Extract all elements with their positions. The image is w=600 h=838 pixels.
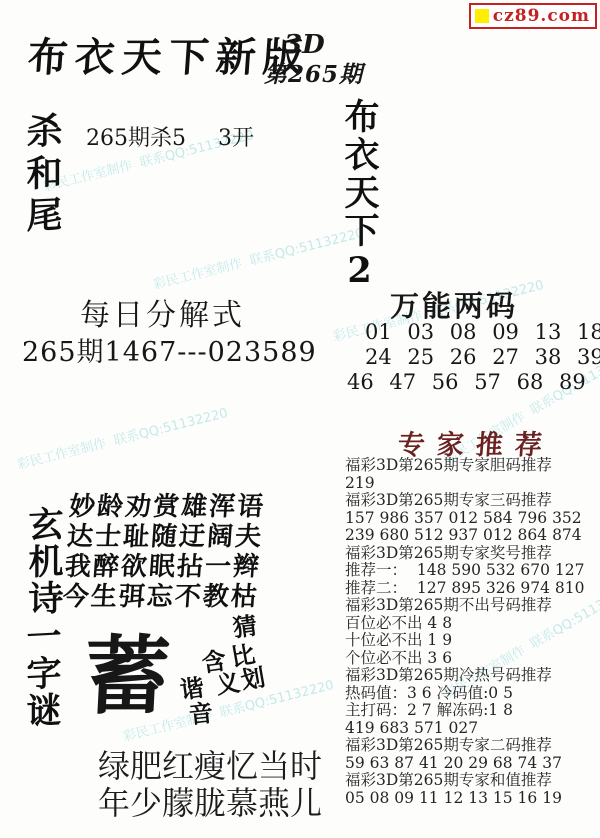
bottom-couplet: 绿肥红瘦忆当时 年少朦胧慕燕儿 xyxy=(98,748,322,822)
two-codes-row: 46 47 56 57 68 89 xyxy=(345,370,600,395)
expert-line: 05 08 09 11 12 13 15 16 19 xyxy=(345,790,600,808)
expert-recommendation-list: 福彩3D第265期专家胆码推荐 219 福彩3D第265期专家三码推荐 157 … xyxy=(345,457,600,807)
poem-line: 达士耻随迂阔夫 xyxy=(66,522,268,552)
riddle-hint: 音 xyxy=(188,701,214,727)
kill-open-row: 265期杀53开 xyxy=(58,96,254,177)
brand-vertical-title: 布衣天下2 xyxy=(342,98,377,294)
poem-line: 我醉欲眠拈一辫 xyxy=(64,552,266,582)
riddle-hint: 猜 xyxy=(231,613,258,640)
expert-line: 福彩3D第265期专家和值推荐 xyxy=(345,772,600,790)
expert-line: 福彩3D第265期冷热号码推荐 xyxy=(345,667,600,685)
expert-line: 219 xyxy=(345,475,600,493)
expert-line: 主打码：2 7 解冻码:1 8 xyxy=(345,702,600,720)
expert-line: 福彩3D第265期不出号码推荐 xyxy=(345,597,600,615)
expert-line: 福彩3D第265期专家三码推荐 xyxy=(345,492,600,510)
expert-line: 推荐二： 127 895 326 974 810 xyxy=(345,580,600,598)
couplet-line: 年少朦胧慕燕儿 xyxy=(98,785,322,822)
expert-line: 福彩3D第265期专家二码推荐 xyxy=(345,737,600,755)
expert-line: 热码值：3 6 冷码值:0 5 xyxy=(345,685,600,703)
yellow-square-icon xyxy=(475,9,489,23)
site-badge-link[interactable]: cz89.com xyxy=(469,3,597,29)
expert-line: 百位必不出 4 8 xyxy=(345,615,600,633)
expert-line: 福彩3D第265期专家奖号推荐 xyxy=(345,545,600,563)
mystery-poem-label: 玄机诗 xyxy=(26,505,61,618)
site-badge-label: cz89.com xyxy=(493,6,590,26)
daily-formula-value: 265期1467---023589 xyxy=(22,330,317,369)
expert-line: 239 680 512 937 012 864 874 xyxy=(345,527,600,545)
two-codes-row: 01 03 08 09 13 18 19? xyxy=(345,320,600,345)
couplet-line: 绿肥红瘦忆当时 xyxy=(98,748,322,785)
expert-line: 59 63 87 41 20 29 68 74 37 xyxy=(345,755,600,773)
daily-formula-title: 每日分解式 xyxy=(80,290,245,334)
expert-line: 个位必不出 3 6 xyxy=(345,650,600,668)
mystery-poem: 妙龄劝赏雄浑语 达士耻随迂阔夫 我醉欲眠拈一辫 今生弭忘不教枯 xyxy=(62,492,270,612)
poem-line: 今生弭忘不教枯 xyxy=(62,582,264,612)
watermark: 彩民工作室制作 联系QQ:51132220 xyxy=(151,222,365,293)
two-codes-row: 24 25 26 27 38 39 45? xyxy=(345,345,600,370)
universal-two-codes-title: 万能两码 xyxy=(390,284,518,325)
kill-text: 265期杀5 xyxy=(86,126,186,151)
open-text: 3开 xyxy=(218,126,254,151)
watermark: 彩民工作室制作 联系QQ:51132220 xyxy=(15,402,229,473)
expert-line: 福彩3D第265期专家胆码推荐 xyxy=(345,457,600,475)
expert-line: 十位必不出 1 9 xyxy=(345,632,600,650)
riddle-label: 一字谜 xyxy=(24,617,59,730)
expert-line: 419 683 571 027 xyxy=(345,720,600,738)
riddle-character: 蓄 xyxy=(82,634,173,720)
issue-label: 第265期 xyxy=(264,56,363,89)
riddle-hint: 划 xyxy=(239,665,267,693)
expert-line: 157 986 357 012 584 796 352 xyxy=(345,510,600,528)
universal-two-codes-table: 01 03 08 09 13 18 19? 24 25 26 27 38 39 … xyxy=(345,320,600,395)
expert-line: 推荐一： 148 590 532 670 127 xyxy=(345,562,600,580)
riddle-hint: 义 xyxy=(214,670,241,697)
lottery-prediction-sheet: 彩民工作室制作 联系QQ:51132220 彩民工作室制作 联系QQ:51132… xyxy=(0,0,600,838)
kill-sum-tail-vertical-label: 杀和尾 xyxy=(24,111,60,239)
poem-line: 妙龄劝赏雄浑语 xyxy=(68,492,270,522)
